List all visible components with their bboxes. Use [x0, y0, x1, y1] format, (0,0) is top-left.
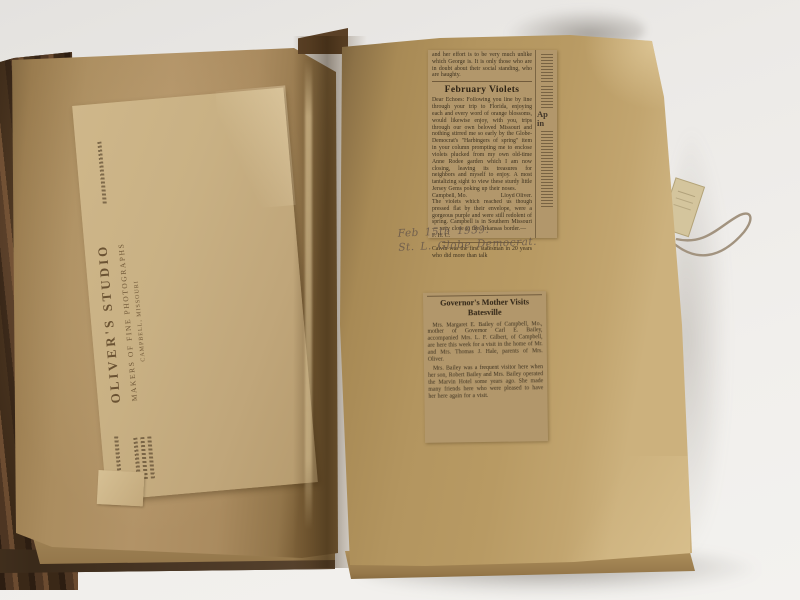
clipping-headline: February Violets: [432, 85, 532, 95]
clipping-intro-fragment: and her effort is to be very much unlike…: [432, 52, 532, 82]
side-column-fragment: in: [537, 119, 556, 128]
governor-body-paragraph: Mrs. Bailey was a frequent visitor here …: [428, 365, 543, 401]
envelope-printing: OLIVER'S STUDIO MAKERS OF FINE PHOTOGRAP…: [91, 201, 211, 439]
governor-headline-line2: Batesville: [427, 307, 542, 319]
side-column-type: [541, 167, 553, 207]
side-column-type: [541, 131, 553, 165]
clipping-side-column: Ap in: [536, 50, 557, 238]
envelope: OLIVER'S STUDIO MAKERS OF FINE PHOTOGRAP…: [72, 88, 318, 501]
side-column-type: [541, 86, 553, 108]
clipping-main-column: and her effort is to be very much unlike…: [428, 50, 536, 238]
governor-headline: Governor's Mother Visits Batesville: [427, 294, 542, 319]
governor-body-paragraph: Mrs. Margaret E. Bailey of Campbell, Mo.…: [427, 321, 543, 364]
page-curl-highlight: [305, 60, 312, 530]
side-column-type: [541, 54, 553, 84]
envelope-folded-corner: [97, 470, 145, 506]
clipping-governors-mother: Governor's Mother Visits Batesville Mrs.…: [423, 291, 548, 443]
clipping-february-violets: and her effort is to be very much unlike…: [428, 50, 557, 238]
photo-background: OLIVER'S STUDIO MAKERS OF FINE PHOTOGRAP…: [0, 0, 800, 600]
clipping-letter-body: Dear Echoes: Following you line by line …: [432, 97, 532, 193]
envelope-imprint-names: [147, 436, 155, 478]
envelope-edge-print: [97, 142, 106, 204]
